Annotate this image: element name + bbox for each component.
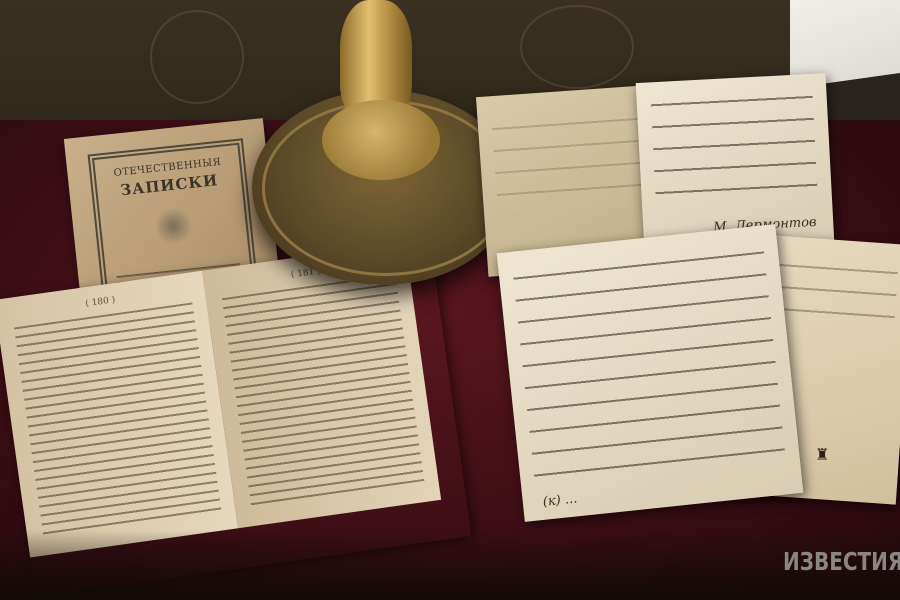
letter-signed: М. Лермонтов — [636, 73, 835, 253]
handwriting — [650, 84, 818, 212]
book-right-page: ( 181 ) — [202, 242, 441, 528]
book-left-page: ( 180 ) — [0, 271, 238, 558]
handwriting — [512, 239, 785, 480]
izvestia-watermark: ИЗВЕСТИЯ — [783, 546, 900, 576]
archive-stamp-icon: ♜ — [815, 445, 829, 464]
candlestick-knot — [322, 100, 440, 180]
letter-front: (к) ... — [497, 224, 804, 522]
footnote: (к) ... — [542, 491, 578, 510]
cover-emblem-icon — [155, 204, 193, 247]
wall-ornament — [150, 10, 244, 104]
wall-ornament — [520, 5, 634, 89]
printed-text — [222, 274, 425, 506]
table-edge-shadow — [0, 530, 900, 600]
printed-text — [14, 302, 221, 535]
